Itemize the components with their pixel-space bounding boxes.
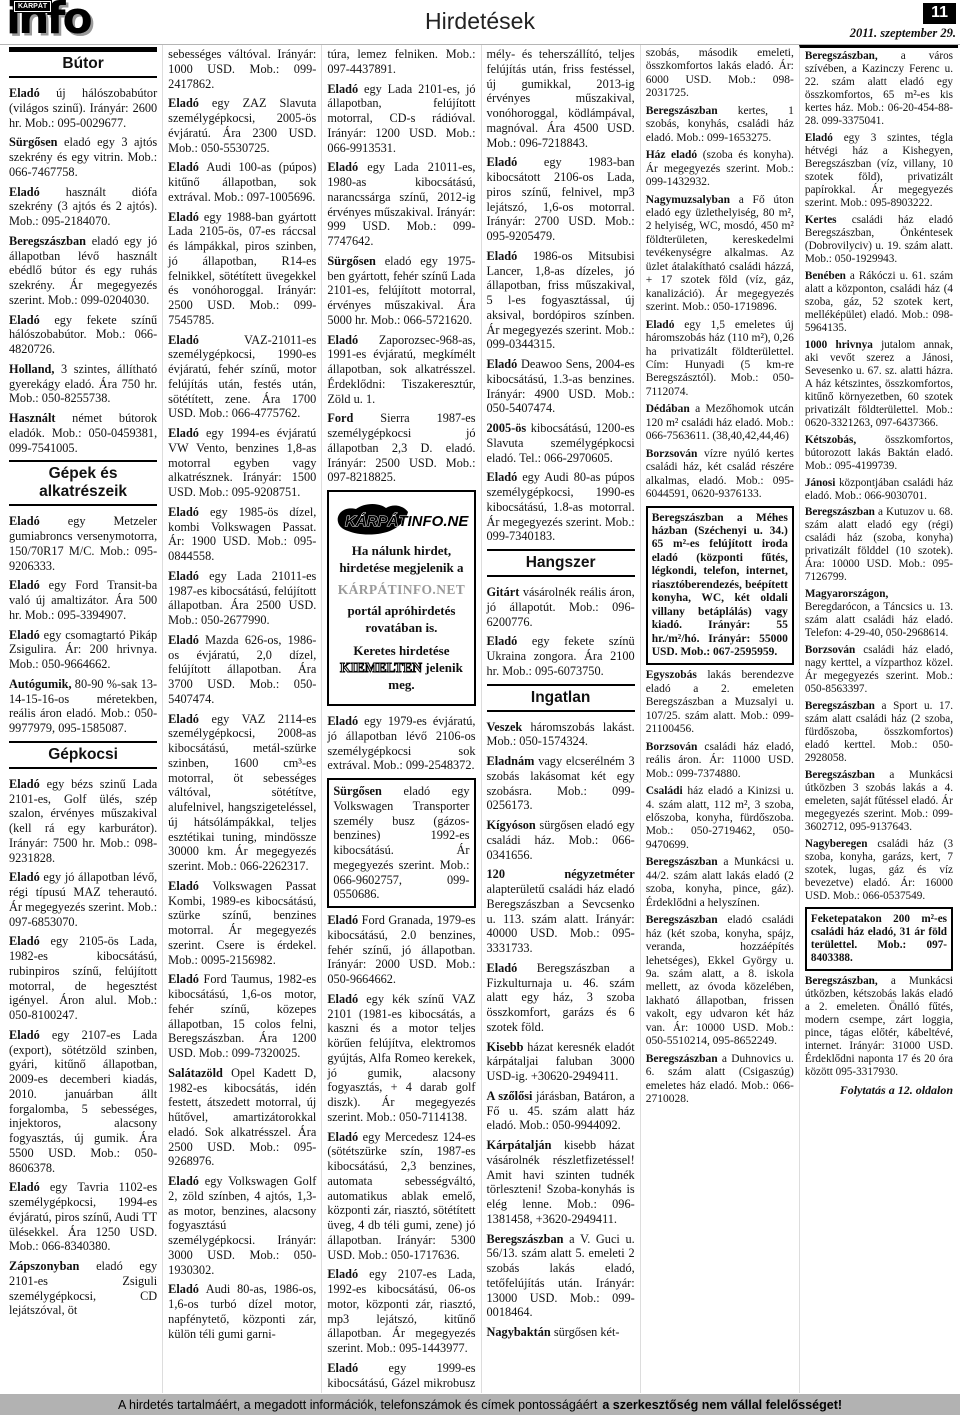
page-header: KÁRPÁT info Hirdetések 11 2011. szeptemb… [0,0,960,45]
ad-lead-word: Zápszonyban [9,1259,96,1273]
classified-ad: Eladó egy bézs szinű Lada 2101-es, Golf … [9,777,157,866]
ad-lead-word: Borzsován [646,448,704,460]
classified-ad: Borzsován családi ház eladó, reális áron… [646,741,794,781]
ad-lead-word: Autógumik, [9,677,75,691]
classified-ad: Gitárt vásárolnék reális áron, jó állapo… [487,585,635,629]
newspaper-page: KÁRPÁT info Hirdetések 11 2011. szeptemb… [0,0,960,1415]
classified-ad: Eladó egy kék színű VAZ 2101 (1981-es ki… [327,992,475,1125]
ad-lead-word: Sürgősen [333,784,403,798]
ad-lead-word: Eladnám [487,754,539,768]
classified-ad: Eladó egy fekete színü Ukraina zongora. … [487,634,635,678]
ad-lead-word: Egyszobás [646,669,708,681]
ad-lead-word: Eladó [9,628,44,642]
ad-lead-word: Beregszászban, [805,975,891,987]
ad-lead-word: Eladó [9,870,43,884]
ad-lead-word: Beregszászban [646,914,728,926]
classified-ad: Használt német bútorok eladók. Mob.: 050… [9,411,157,455]
ad-lead-word: Eladó [646,319,685,331]
classified-ad: Ford Sierra 1987-es személygépkocsi jó á… [327,411,475,485]
ad-lead-word: Eladó [327,913,361,927]
classified-ad: Eladó egy VAZ 2114-es személygépkocsi, 2… [168,712,316,874]
classified-ad: Kárpátalján kisebb házat vásárolnék rész… [487,1138,635,1227]
section-header: Gépkocsi [9,741,157,769]
ad-lead-word: Eladó [805,132,844,144]
classified-ad: Veszek háromszobás lakást. Mob.: 050-157… [487,720,635,750]
classified-ad: Eladó egy Ford Transit-ba való új amalti… [9,578,157,622]
classified-ad: Eladó egy Lada 2101-es, jó állapotban, f… [327,82,475,156]
ad-lead-word: Eladó [168,333,244,347]
ad-lead-word: Használt [9,411,72,425]
ad-lead-word: Benében [805,270,850,282]
ad-lead-word: Sürgősen [9,135,64,149]
ad-lead-word: Ford [327,411,380,425]
boxed-classified-ad: Sürgősen eladó egy Volkswagen Transporte… [327,778,475,908]
classified-ad: Beregszászban a Sport u. 17. szám alatt … [805,700,953,765]
classified-ad: Eladó egy 2107-es Lada (export), sötétzö… [9,1028,157,1176]
ad-lead-word: Kisebb [487,1040,528,1054]
ad-lead-word: Sürgősen [327,254,384,268]
classified-ad: Beregszászban a Duhnovics u. 6. szám ala… [646,1053,794,1107]
classified-ad: Eladó egy csomagtartó Pikáp Zsigulira. Á… [9,628,157,672]
ad-lead-word: Eladó [9,1028,52,1042]
ad-lead-word: Eladó [168,426,206,440]
ad-lead-word: Eladó [487,634,532,648]
page-number: 11 [923,3,956,24]
ad-lead-word: Holland, [9,362,61,376]
footer-disclaimer: A hirdetés tartalmáért, a megadott infor… [0,1394,960,1415]
column-6: Beregszászban, a város szívében, a Kazin… [799,45,958,1393]
classified-ad: Autógumik, 80-90 %-sak 13-14-15-16-os mé… [9,677,157,736]
ad-lead-word: Eladó [9,777,47,791]
ad-lead-word: Eladó [168,569,209,583]
classified-ad: Beregszászban a Munkácsi u. 44/2. szám a… [646,856,794,910]
classified-ad: Eladó egy ZAZ Slavuta személygépkocsi, 2… [168,96,316,155]
classified-ad: Eladó használt diófa szekrény (3 ajtós é… [9,185,157,229]
ad-continuation: túra, lemez felniken. Mob.: 097-4437891. [327,47,475,77]
ad-lead-word: Kárpátalján [487,1138,565,1152]
ad-lead-word: Eladó [168,972,203,986]
classified-ad: Nagymuzsalyban a Fő úton eladó egy üzlet… [646,194,794,315]
promo-line: rovatában is. [333,620,469,637]
classified-ad: Eladó Audi 100-as (púpos) kitűnő állapot… [168,160,316,204]
classified-ad: Ház eladó (szoba és konyha). Ár megegyez… [646,149,794,189]
section-header: Hangszer [487,549,635,577]
ad-lead-word: Eladó [327,82,364,96]
column-5: szobás, második emeleti, összkomfortos l… [640,45,799,1393]
ad-continuation: sebességes váltóval. Irányár: 1000 USD. … [168,47,316,91]
ad-lead-word: Beregszászban [805,700,882,712]
promo-line: Ha nálunk hirdet, [333,543,469,560]
classified-ad: Eladó Ford Granada, 1979-es kibocsátású,… [327,913,475,987]
classified-ad: Sürgősen eladó egy 3 ajtós szekrény és e… [9,135,157,179]
ad-lead-word: Borzsován [646,741,705,753]
classified-ad: Kisebb házat keresnék eladót kárpátaljai… [487,1040,635,1084]
ad-lead-word: Feketepatakon [811,913,893,925]
promo-line: hirdetése megjelenik a [333,560,469,577]
classified-ad: Eladó Volkswagen Passat Kombi, 1989-es k… [168,879,316,968]
ad-lead-word: Nagymuzsalyban [646,194,739,206]
ad-lead-word: Beregszászban [487,1232,570,1246]
ad-lead-word: Eladó [168,505,210,519]
ad-lead-word: Beregszászban [805,506,878,518]
issue-date: 2011. szeptember 29. [850,26,956,41]
ad-lead-word: Eladó [9,934,51,948]
classified-ad: Beregszászban, a város szívében, a Kazin… [805,50,953,128]
ad-continuation: szobás, második emeleti, összkomfortos l… [646,47,794,101]
ad-lead-word: Eladó [168,1174,205,1188]
ad-lead-word: Eladó [327,1267,369,1281]
classified-ad: Eladó egy Lada 21011-es, 1980-as kibocsá… [327,160,475,249]
classified-ad: Salátazöld Opel Kadett D, 1982-es kibocs… [168,1066,316,1169]
ad-lead-word: Dédában [646,403,695,415]
ad-lead-word: Nagybaktán [487,1325,554,1339]
karpatinfo-map-logo-icon: KÁRPÁTINFO.NET [333,501,469,537]
classified-ad: 2005-ös kibocsátású, 1200-es Slavuta sze… [487,421,635,465]
classified-ad: Eladnám vagy elcserélném 3 szobás lakáso… [487,754,635,813]
section-header: Bútor [9,47,157,78]
ad-lead-word: Beregszászban [805,769,890,781]
ad-lead-word: Családi [646,785,688,797]
classified-ad: Eladó egy Audi 80-as púpos személygépkoc… [487,470,635,544]
page-title: Hirdetések [0,8,960,35]
ad-lead-word: Eladó [9,1180,50,1194]
classified-ad: Eladó egy Lada 21011-es 1987-es kibocsát… [168,569,316,628]
classified-ad: Kétszobás, összkomfortos, bútorozott lak… [805,434,953,473]
column-4: mély- és teherszállító, teljes felújítás… [481,45,640,1393]
ad-lead-word: Beregszászban [646,856,724,868]
boxed-classified-ad: Feketepatakon 200 m²-es családi ház elad… [805,907,953,971]
ad-lead-word: Beregszászban [9,234,92,248]
ad-lead-word: Magyarországon, [805,588,888,600]
promo-portal-name: KÁRPÁTINFO.NET [333,582,469,598]
karpatinfo-promo-box: KÁRPÁTINFO.NETHa nálunk hirdet,hirdetése… [327,490,475,706]
classified-ad: Eladó egy 1979-es évjáratú, jó állapotba… [327,714,475,773]
classified-ad: Eladó egy 1,5 emeletes új háromszobás há… [646,319,794,400]
classified-ad: Eladó VAZ-21011-es személygépkocsi, 1990… [168,333,316,422]
ad-lead-word: Eladó [9,86,56,100]
ad-lead-word: 1000 hrivnya [805,339,881,351]
ad-lead-word: Eladó [168,633,205,647]
classified-ad: Eladó Zaporozsec-968-as, 1991-es évjárat… [327,333,475,407]
classified-ad: Beregszászban eladó családi ház (két szo… [646,914,794,1049]
classified-ad: Eladó új hálószobabútor (világos szinű).… [9,86,157,130]
classified-ad: Eladó egy Tavria 1102-es személygépkocsi… [9,1180,157,1254]
ad-lead-word: Eladó [168,96,212,110]
ad-lead-word: Eladó [487,155,544,169]
ad-lead-word: Eladó [9,313,54,327]
classified-ad: Eladó egy Mercedesz 124-es (sötétszürke … [327,1130,475,1263]
classified-ad: Eladó 1986-os Mitsubisi Lancer, 1,8-as d… [487,249,635,352]
continuation-note: Folytatás a 12. oldalon [805,1083,953,1098]
classified-ad: Eladó egy 1985-ös dízel, kombi Volkswage… [168,505,316,564]
column-1: BútorEladó új hálószobabútor (világos sz… [4,45,162,1393]
ad-lead-word: Eladó [168,712,211,726]
ad-lead-word: Eladó [327,992,366,1006]
classified-ad: 1000 hrivnya jutalom annak, aki vevőt sz… [805,339,953,430]
classified-ad: Borzsován családi ház eladó, nagy kertte… [805,644,953,696]
boxed-classified-ad: Beregszászban a Méhes házban (Széchenyi … [646,506,794,666]
classified-ad: Benében a Rákóczi u. 61. szám alatt a kö… [805,270,953,335]
ad-lead-word: Nagyberegen [805,838,877,850]
classified-ad: Eladó Audi 80-as, 1986-os, 1,6-os turbó … [168,1282,316,1341]
promo-highlight-line: KIEMELTEN jelenik meg. [333,659,469,694]
classified-ad: Eladó egy 3 szintes, tégla hétvégi ház a… [805,132,953,210]
classified-ad: Holland, 3 szintes, állítható gyerekágy … [9,362,157,406]
classified-ad: Sürgősen eladó egy 1975-ben gyártott, fe… [327,254,475,328]
ad-lead-word: 2005-ös [487,421,531,435]
classified-ad: Eladó egy 2105-ös Lada, 1982-es kibocsát… [9,934,157,1023]
ad-lead-word: Eladó [487,470,523,484]
ad-lead-word: Eladó [487,249,533,263]
classified-ad: Családi ház eladó a Kinizsi u. 4. szám a… [646,785,794,852]
ad-lead-word: Eladó [168,879,212,893]
promo-highlight-word: KIEMELTEN [340,660,422,675]
promo-line: Keretes hirdetése [333,643,469,660]
classified-ad: Kertes családi ház eladó Beregszászban, … [805,214,953,266]
ad-continuation: mély- és teherszállító, teljes felújítás… [487,47,635,150]
classified-ad: Eladó Beregszászban a Fizkulturnaja u. 4… [487,961,635,1035]
ad-lead-word: 120 négyzetméter [487,867,635,881]
classified-ad: Beregszászban kertes, 1 szobás, konyhás,… [646,105,794,145]
ad-lead-word: Eladó [327,714,364,728]
classified-ad: Egyszobás lakás berendezve eladó a 2. em… [646,669,794,736]
classified-ad: Nagyberegen családi ház (3 szoba, konyha… [805,838,953,903]
classified-ad: Dédában a Mezőhomok utcán 120 m² családi… [646,403,794,443]
classified-ad: Eladó egy fekete színű hálószobabútor. M… [9,313,157,357]
classified-ad: Jánosi központjában családi ház eladó. M… [805,477,953,503]
ad-lead-word: Beregszászban [646,1053,722,1065]
ad-lead-word: Ház eladó [646,149,703,161]
classified-ad: Eladó egy Metzeler gumiabroncs versenymo… [9,514,157,573]
ad-lead-word: Jánosi [805,477,839,489]
classified-ad: Eladó egy 1999-es kibocsátású, Gázel mik… [327,1361,475,1393]
ad-lead-word: Beregszászban [652,512,737,524]
ad-lead-word: Eladó [327,1130,362,1144]
classified-ad: Beregszászban a Munkácsi útközben 3 szob… [805,769,953,834]
classified-ad: Borzsován vízre nyúló kertes családi ház… [646,448,794,502]
classified-ad: Beregszászban, a Munkácsi útközben, kéts… [805,975,953,1079]
ad-lead-word: Gitárt [487,585,523,599]
ad-lead-word: Eladó [487,357,522,371]
classified-ad: Eladó egy 1983-ban kibocsátott 2106-os L… [487,155,635,244]
classified-ad: A szőlősi járásban, Batáron, a Fő u. 45.… [487,1089,635,1133]
svg-text:KÁRPÁTINFO.NET: KÁRPÁTINFO.NET [345,513,469,530]
disclaimer-text: A hirdetés tartalmáért, a megadott infor… [118,1398,597,1412]
ad-lead-word: A szőlősi [487,1089,537,1103]
ad-lead-word: Eladó [9,185,66,199]
classified-ad: Eladó Mazda 626-os, 1986-os évjáratú, 2,… [168,633,316,707]
column-2: sebességes váltóval. Irányár: 1000 USD. … [162,45,321,1393]
ad-lead-word: Eladó [327,160,367,174]
classified-ad: Beregszászban eladó egy jó állapotban lé… [9,234,157,308]
classified-ad: Eladó egy 1988-ban gyártott Lada 2105-ös… [168,210,316,328]
ad-lead-word: Beregszászban, [805,50,901,62]
classified-ad: Nagybaktán sürgősen két- [487,1325,635,1340]
ad-lead-word: Eladó [168,160,206,174]
classified-ad: Eladó egy jó állapotban lévő, régi típus… [9,870,157,929]
ad-lead-word: Borzsován [805,644,863,656]
ad-lead-word: Kétszobás, [805,434,885,446]
ad-lead-word: Eladó [9,578,49,592]
ad-lead-word: Eladó [327,1361,388,1375]
karpat-badge: KÁRPÁT [14,1,51,12]
ad-lead-word: Eladó [168,210,204,224]
ad-lead-word: Eladó [9,514,68,528]
classified-ad: Kígyóson sürgősen eladó egy családi ház.… [487,818,635,862]
classified-ad: Magyarországon, Beregdarócon, a Táncsics… [805,588,953,640]
classified-ad: Zápszonyban eladó egy 2101-es Zsiguli sz… [9,1259,157,1318]
classified-ad: Beregszászban a V. Guci u. 56/13. szám a… [487,1232,635,1321]
ad-lead-word: Beregszászban [646,105,738,117]
classifieds-columns: BútorEladó új hálószobabútor (világos sz… [4,45,958,1393]
section-header: Ingatlan [487,684,635,712]
classified-ad: Eladó Ford Taumus, 1982-es kibocsátású, … [168,972,316,1061]
classified-ad: Eladó egy 2107-es Lada, 1992-es kibocsát… [327,1267,475,1356]
ad-lead-word: Salátazöld [168,1066,231,1080]
disclaimer-text-bold: a szerkesztőség nem vállal felelősséget! [602,1398,842,1412]
column-3: túra, lemez felniken. Mob.: 097-4437891.… [321,45,480,1393]
ad-lead-word: Eladó [487,961,537,975]
ad-lead-word: Veszek [487,720,531,734]
classified-ad: 120 négyzetméter alapterületű családi há… [487,867,635,956]
ad-lead-word: Kígyóson [487,818,540,832]
ad-lead-word: Eladó [168,1282,206,1296]
classified-ad: Eladó egy 1994-es évjáratú VW Vento, ben… [168,426,316,500]
ad-lead-word: Kertes [805,214,852,226]
ad-lead-word: Eladó [327,333,379,347]
classified-ad: Eladó Deawoo Sens, 2004-es kibocsátású, … [487,357,635,416]
promo-line: portál apróhirdetés [333,603,469,620]
section-header: Gépek és alkatrészeik [9,460,157,506]
classified-ad: Eladó egy Volkswagen Golf 2, zöld színbe… [168,1174,316,1277]
classified-ad: Beregszászban a Kutuzov u. 68. szám alat… [805,506,953,584]
